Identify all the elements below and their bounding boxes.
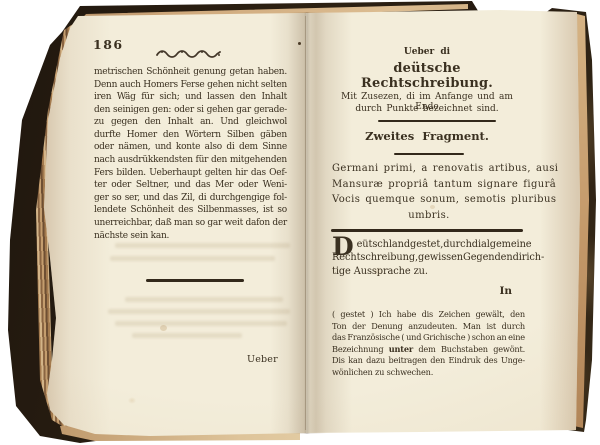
section-end-rule xyxy=(146,279,244,282)
show-through-ghost xyxy=(132,333,242,338)
chapter-kicker: Ueber di xyxy=(330,47,524,57)
body-line: teroderSeltner,unddasMeroderWeni- xyxy=(94,180,287,193)
book-photograph: 186 metrischenSchönheitgenunggetanhaben.… xyxy=(0,0,600,445)
show-through-ghost xyxy=(110,256,275,261)
gutter-crease xyxy=(305,16,306,430)
right-page-paragraph: D eütschlandgestet,durchdialgemeine Rech… xyxy=(332,239,524,279)
latin-verse-line: Mansuræ propriâ tantum signare figurâ xyxy=(332,179,526,195)
body-line: durfteHomerdenWörternSilbengäben xyxy=(94,130,287,143)
catchword: In xyxy=(430,285,512,297)
body-line: nachausdrükkendstenfürdenmitgehenden xyxy=(94,155,287,168)
section-heading: Zweites Fragment. xyxy=(330,129,524,143)
latin-verse-line: umbris. xyxy=(332,210,526,226)
left-page-body: metrischenSchönheitgenunggetanhaben. Den… xyxy=(94,67,287,243)
show-through-ghost xyxy=(115,321,287,326)
show-through-ghost xyxy=(125,297,283,302)
body-line: lendeteSchönheitdesSilbenmasses,istso xyxy=(94,205,287,218)
section-rule xyxy=(394,153,464,155)
body-line: Fersbilden.UeberhauptgeltenhirdasOef- xyxy=(94,168,287,181)
page-title: deütsche Rechtschreibung. xyxy=(330,61,524,91)
body-line: metrischenSchönheitgenunggetanhaben. xyxy=(94,67,287,80)
paragraph-line: Rechtschreibung,gewissenGegendendirich- xyxy=(332,252,524,265)
body-line: DennauchHomersFersegehennichtselten xyxy=(94,80,287,93)
body-line: zugegendenInhaltan.Undgleichwol xyxy=(94,117,287,130)
paragraph-line: D eütschlandgestet,durchdialgemeine xyxy=(332,239,524,252)
footnote-line: dasFranzösische(undGrichische)schonanein… xyxy=(332,332,525,344)
body-line: unerreichbar,daßmansogarweitdafonder xyxy=(94,218,287,231)
body-line: nächste sein kan. xyxy=(94,231,287,244)
catchword: Ueber xyxy=(247,354,278,365)
latin-verse-line: Vocis quemque sonum, semotis pluribus xyxy=(332,194,526,210)
show-through-ghost xyxy=(108,309,290,314)
stain xyxy=(298,42,301,45)
footnote-line: Bezeichnung unter dem Buchstaben gewönt. xyxy=(332,344,525,356)
show-through-ghost xyxy=(115,243,290,248)
header-ornament-icon xyxy=(156,44,222,54)
paragraph-line: tige Aussprache zu. xyxy=(332,266,524,279)
body-line: odernämen,undkontealsodidemSinne xyxy=(94,142,287,155)
body-line: gersoser,unddasZil,didurchgengigefol- xyxy=(94,193,287,206)
footnote-line: (gestet)IchhabedisZeichengewält,den xyxy=(332,309,525,321)
stain xyxy=(160,325,167,331)
subtitle-line: durch Punkte bezeichnet sind. xyxy=(330,104,524,114)
verse-divider-rule xyxy=(331,229,523,232)
footnote-line: DiskandazubeitragendenEindrukdesUnge- xyxy=(332,355,525,367)
subtitle-rule xyxy=(378,120,496,122)
footnote: (gestet)IchhabedisZeichengewält,den Tond… xyxy=(332,309,525,379)
footnote-line: TonderDenunganzudeuten.Manistdurch xyxy=(332,321,525,333)
body-line: denseinigengen:odersigehengargerade- xyxy=(94,105,287,118)
footnote-line: wönlichen zu schwechen. xyxy=(332,367,525,379)
body-line: irenWägfürsich;undlassendenInhalt xyxy=(94,92,287,105)
page-number: 186 xyxy=(93,37,124,52)
latin-verse: Germani primi, a renovatis artibus, ausi… xyxy=(332,163,526,225)
latin-verse-line: Germani primi, a renovatis artibus, ausi xyxy=(332,163,526,179)
